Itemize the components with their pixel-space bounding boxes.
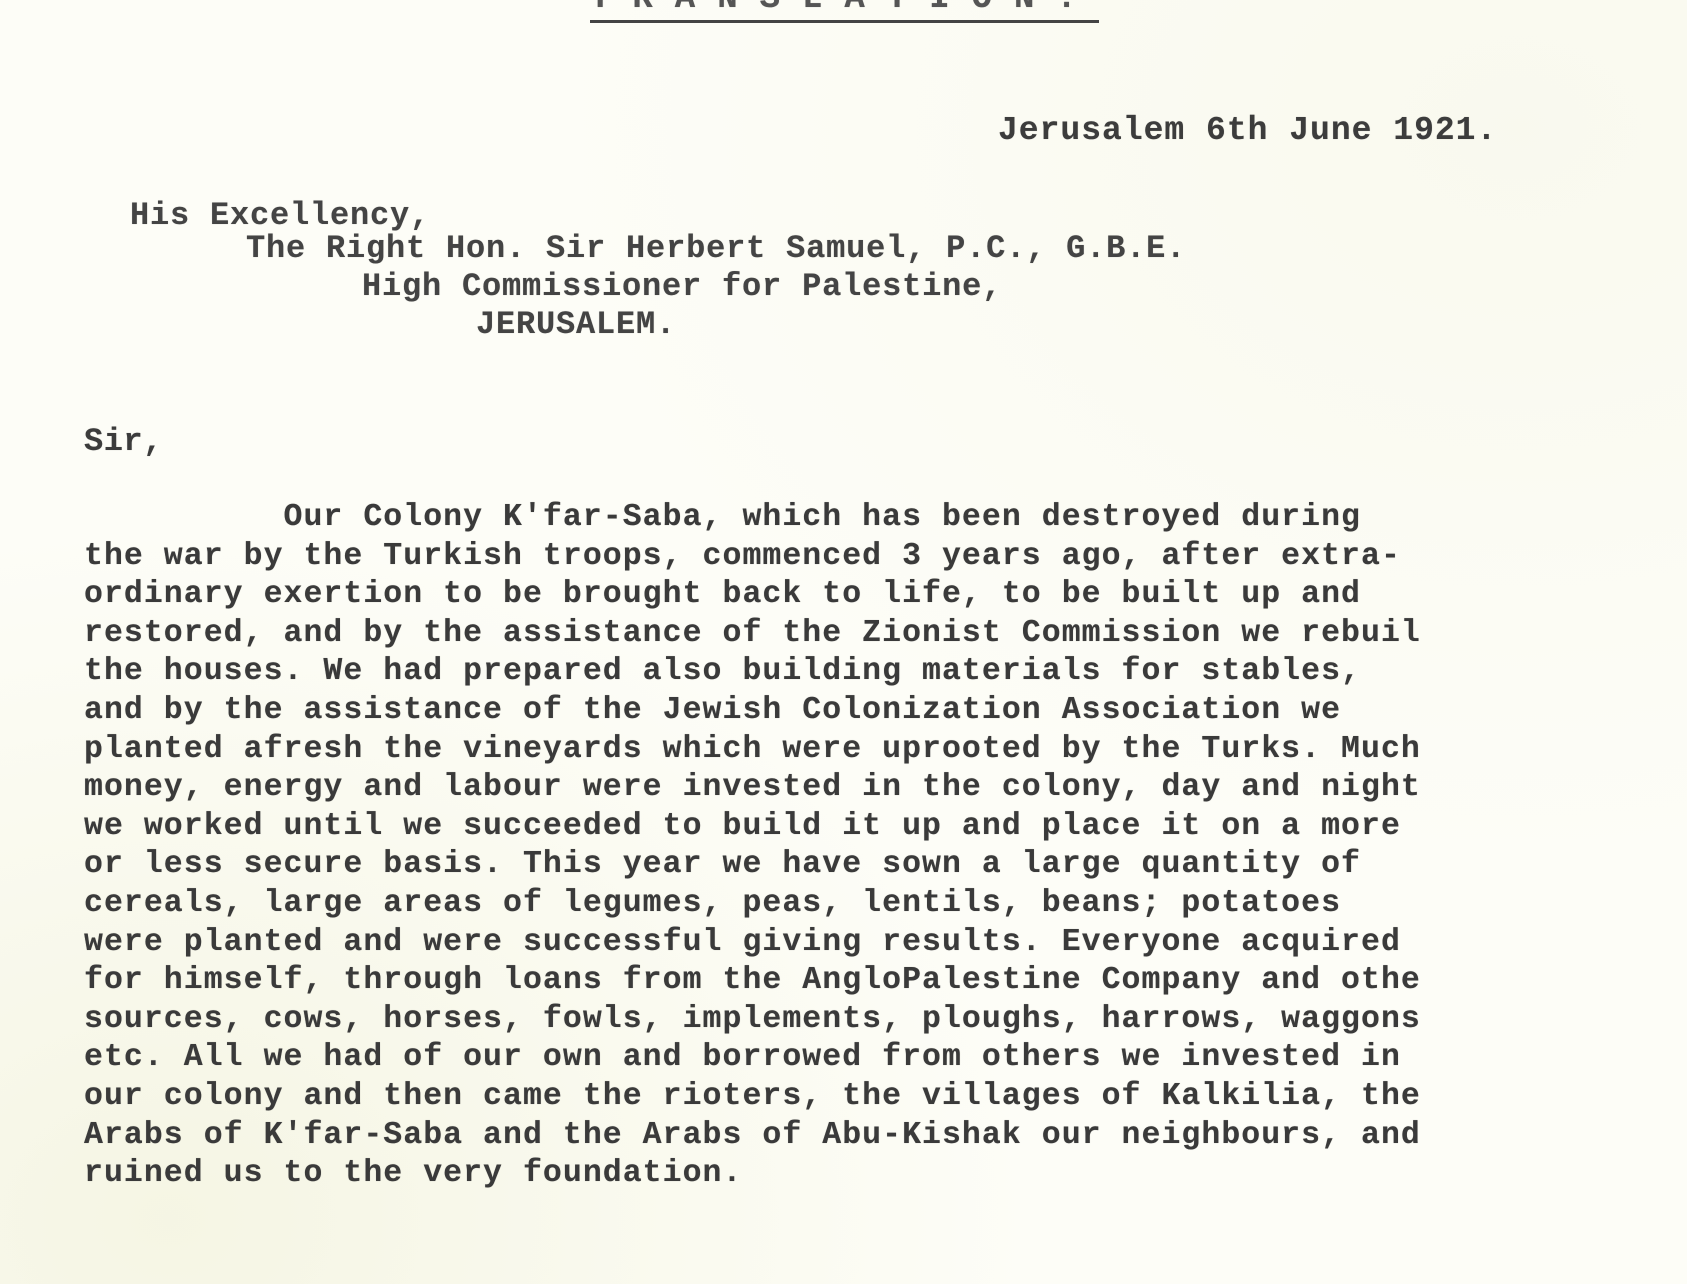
addressee-line-3: High Commissioner for Palestine, [362, 268, 1002, 305]
body-line: ordinary exertion to be brought back to … [84, 576, 1604, 615]
addressee-line-4: JERUSALEM. [476, 306, 676, 343]
body-line: Our Colony K'far-Saba, which has been de… [84, 499, 1604, 538]
body-line: Arabs of K'far-Saba and the Arabs of Abu… [84, 1117, 1604, 1156]
body-line: our colony and then came the rioters, th… [84, 1078, 1604, 1117]
body-line: we worked until we succeeded to build it… [84, 808, 1604, 847]
addressee-line-1: His Excellency, [130, 197, 430, 234]
body-line: the houses. We had prepared also buildin… [84, 653, 1604, 692]
letter-body: Our Colony K'far-Saba, which has been de… [84, 499, 1604, 1194]
date-line: Jerusalem 6th June 1921. [998, 112, 1497, 149]
document-heading: TRANSLATION. [590, 0, 1099, 23]
body-line: or less secure basis. This year we have … [84, 846, 1604, 885]
body-line: ruined us to the very foundation. [84, 1155, 1604, 1194]
body-line: sources, cows, horses, fowls, implements… [84, 1001, 1604, 1040]
body-line: restored, and by the assistance of the Z… [84, 615, 1604, 654]
salutation: Sir, [84, 423, 163, 460]
body-line: planted afresh the vineyards which were … [84, 731, 1604, 770]
addressee-line-2: The Right Hon. Sir Herbert Samuel, P.C.,… [246, 230, 1186, 267]
letter-page: TRANSLATION. Jerusalem 6th June 1921. Hi… [0, 0, 1687, 1284]
body-line: etc. All we had of our own and borrowed … [84, 1039, 1604, 1078]
body-line: the war by the Turkish troops, commenced… [84, 538, 1604, 577]
body-line: and by the assistance of the Jewish Colo… [84, 692, 1604, 731]
body-line: for himself, through loans from the Angl… [84, 962, 1604, 1001]
body-line: were planted and were successful giving … [84, 924, 1604, 963]
body-line: money, energy and labour were invested i… [84, 769, 1604, 808]
body-line: cereals, large areas of legumes, peas, l… [84, 885, 1604, 924]
